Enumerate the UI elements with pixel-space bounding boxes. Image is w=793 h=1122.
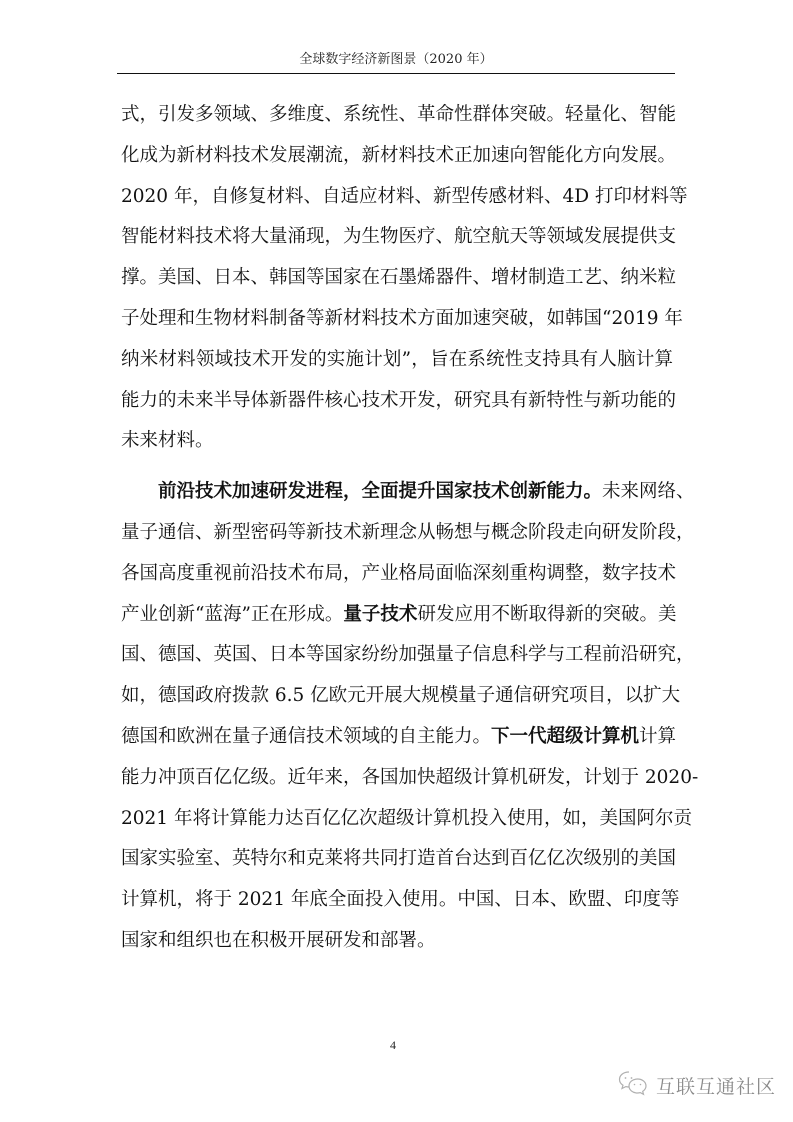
text-line: 能力冲顶百亿亿级。近年来，各国加快超级计算机研发，计划于 2020- [121,758,673,799]
text-run: 未来网络、 [602,481,695,502]
watermark-text: 互联互通社区 [656,1072,776,1099]
text-run: 产业创新“蓝海”正在形成。 [121,604,343,625]
text-line: 国、德国、英国、日本等国家纷纷加强量子信息科学与工程前沿研究， [121,635,673,676]
body-text: 式，引发多领域、多维度、系统性、革命性群体突破。轻量化、智能化成为新材料技术发展… [121,95,673,962]
text-run: 子处理和生物材料制备等新材料技术方面加速突破，如韩国“2019 年 [121,308,683,329]
paragraph: 前沿技术加速研发进程，全面提升国家技术创新能力。未来网络、量子通信、新型密码等新… [121,472,673,962]
text-line: 智能材料技术将大量涌现，为生物医疗、航空航天等领域发展提供支 [121,217,673,258]
text-run: 式，引发多领域、多维度、系统性、革命性群体突破。轻量化、智能 [121,104,676,125]
text-line: 量子通信、新型密码等新技术新理念从畅想与概念阶段走向研发阶段， [121,513,673,554]
watermark: 互联互通社区 [618,1070,776,1100]
text-line: 2020 年，自修复材料、自适应材料、新型传感材料、4D 打印材料等 [121,177,673,218]
text-run: 计算 [639,726,676,747]
text-line: 未来材料。 [121,421,673,462]
text-line: 计算机，将于 2021 年底全面投入使用。中国、日本、欧盟、印度等 [121,880,673,921]
text-line: 纳米材料领域技术开发的实施计划”，旨在系统性支持具有人脑计算 [121,340,673,381]
text-run: 研发应用不断取得新的突破。美 [417,604,676,625]
text-run: 国、德国、英国、日本等国家纷纷加强量子信息科学与工程前沿研究， [121,644,695,665]
text-run: 各国高度重视前沿技术布局，产业格局面临深刻重构调整，数字技术 [121,563,676,584]
text-run: 国家实验室、英特尔和克莱将共同打造首台达到百亿亿次级别的美国 [121,848,676,869]
text-run: 能力冲顶百亿亿级。近年来，各国加快超级计算机研发，计划于 2020- [121,767,698,788]
text-run: 能力的未来半导体新器件核心技术开发，研究具有新特性与新功能的 [121,390,676,411]
text-run: 量子通信、新型密码等新技术新理念从畅想与概念阶段走向研发阶段， [121,522,695,543]
text-line: 撑。美国、日本、韩国等国家在石墨烯器件、增材制造工艺、纳米粒 [121,258,673,299]
text-run: 智能材料技术将大量涌现，为生物医疗、航空航天等领域发展提供支 [121,226,676,247]
text-run: 如，德国政府拨款 6.5 亿欧元开展大规模量子通信研究项目，以扩大 [121,685,680,706]
text-line: 国家实验室、英特尔和克莱将共同打造首台达到百亿亿次级别的美国 [121,839,673,880]
text-line: 化成为新材料技术发展潮流，新材料技术正加速向智能化方向发展。 [121,136,673,177]
text-run: 化成为新材料技术发展潮流，新材料技术正加速向智能化方向发展。 [121,145,676,166]
text-line: 国家和组织也在积极开展研发和部署。 [121,921,673,962]
text-line: 各国高度重视前沿技术布局，产业格局面临深刻重构调整，数字技术 [121,554,673,595]
text-run: 计算机，将于 2021 年底全面投入使用。中国、日本、欧盟、印度等 [121,889,679,910]
text-line: 产业创新“蓝海”正在形成。量子技术研发应用不断取得新的突破。美 [121,595,673,636]
text-run: 2020 年，自修复材料、自适应材料、新型传感材料、4D 打印材料等 [121,186,687,207]
text-run: 未来材料。 [121,430,214,451]
text-line: 子处理和生物材料制备等新材料技术方面加速突破，如韩国“2019 年 [121,299,673,340]
text-line: 能力的未来半导体新器件核心技术开发，研究具有新特性与新功能的 [121,381,673,422]
text-line: 如，德国政府拨款 6.5 亿欧元开展大规模量子通信研究项目，以扩大 [121,676,673,717]
text-line: 前沿技术加速研发进程，全面提升国家技术创新能力。未来网络、 [121,472,673,513]
text-line: 2021 年将计算能力达百亿亿次超级计算机投入使用，如，美国阿尔贡 [121,799,673,840]
text-run: 国家和组织也在积极开展研发和部署。 [121,930,436,951]
text-line: 德国和欧洲在量子通信技术领域的自主能力。下一代超级计算机计算 [121,717,673,758]
text-run: 德国和欧洲在量子通信技术领域的自主能力。 [121,726,491,747]
text-line: 式，引发多领域、多维度、系统性、革命性群体突破。轻量化、智能 [121,95,673,136]
text-run: 纳米材料领域技术开发的实施计划”，旨在系统性支持具有人脑计算 [121,349,673,370]
running-header: 全球数字经济新图景（2020 年） [117,48,675,67]
page-number: 4 [390,1038,396,1053]
paragraph-gap [121,462,673,472]
bold-lead-phrase: 下一代超级计算机 [491,726,639,747]
header-divider [117,73,675,74]
bold-lead-phrase: 前沿技术加速研发进程，全面提升国家技术创新能力。 [158,481,602,502]
wechat-chat-bubbles-icon [618,1070,648,1100]
text-run: 2021 年将计算能力达百亿亿次超级计算机投入使用，如，美国阿尔贡 [121,808,692,829]
bold-lead-phrase: 量子技术 [343,604,417,625]
text-run: 撑。美国、日本、韩国等国家在石墨烯器件、增材制造工艺、纳米粒 [121,267,676,288]
paragraph: 式，引发多领域、多维度、系统性、革命性群体突破。轻量化、智能化成为新材料技术发展… [121,95,673,462]
